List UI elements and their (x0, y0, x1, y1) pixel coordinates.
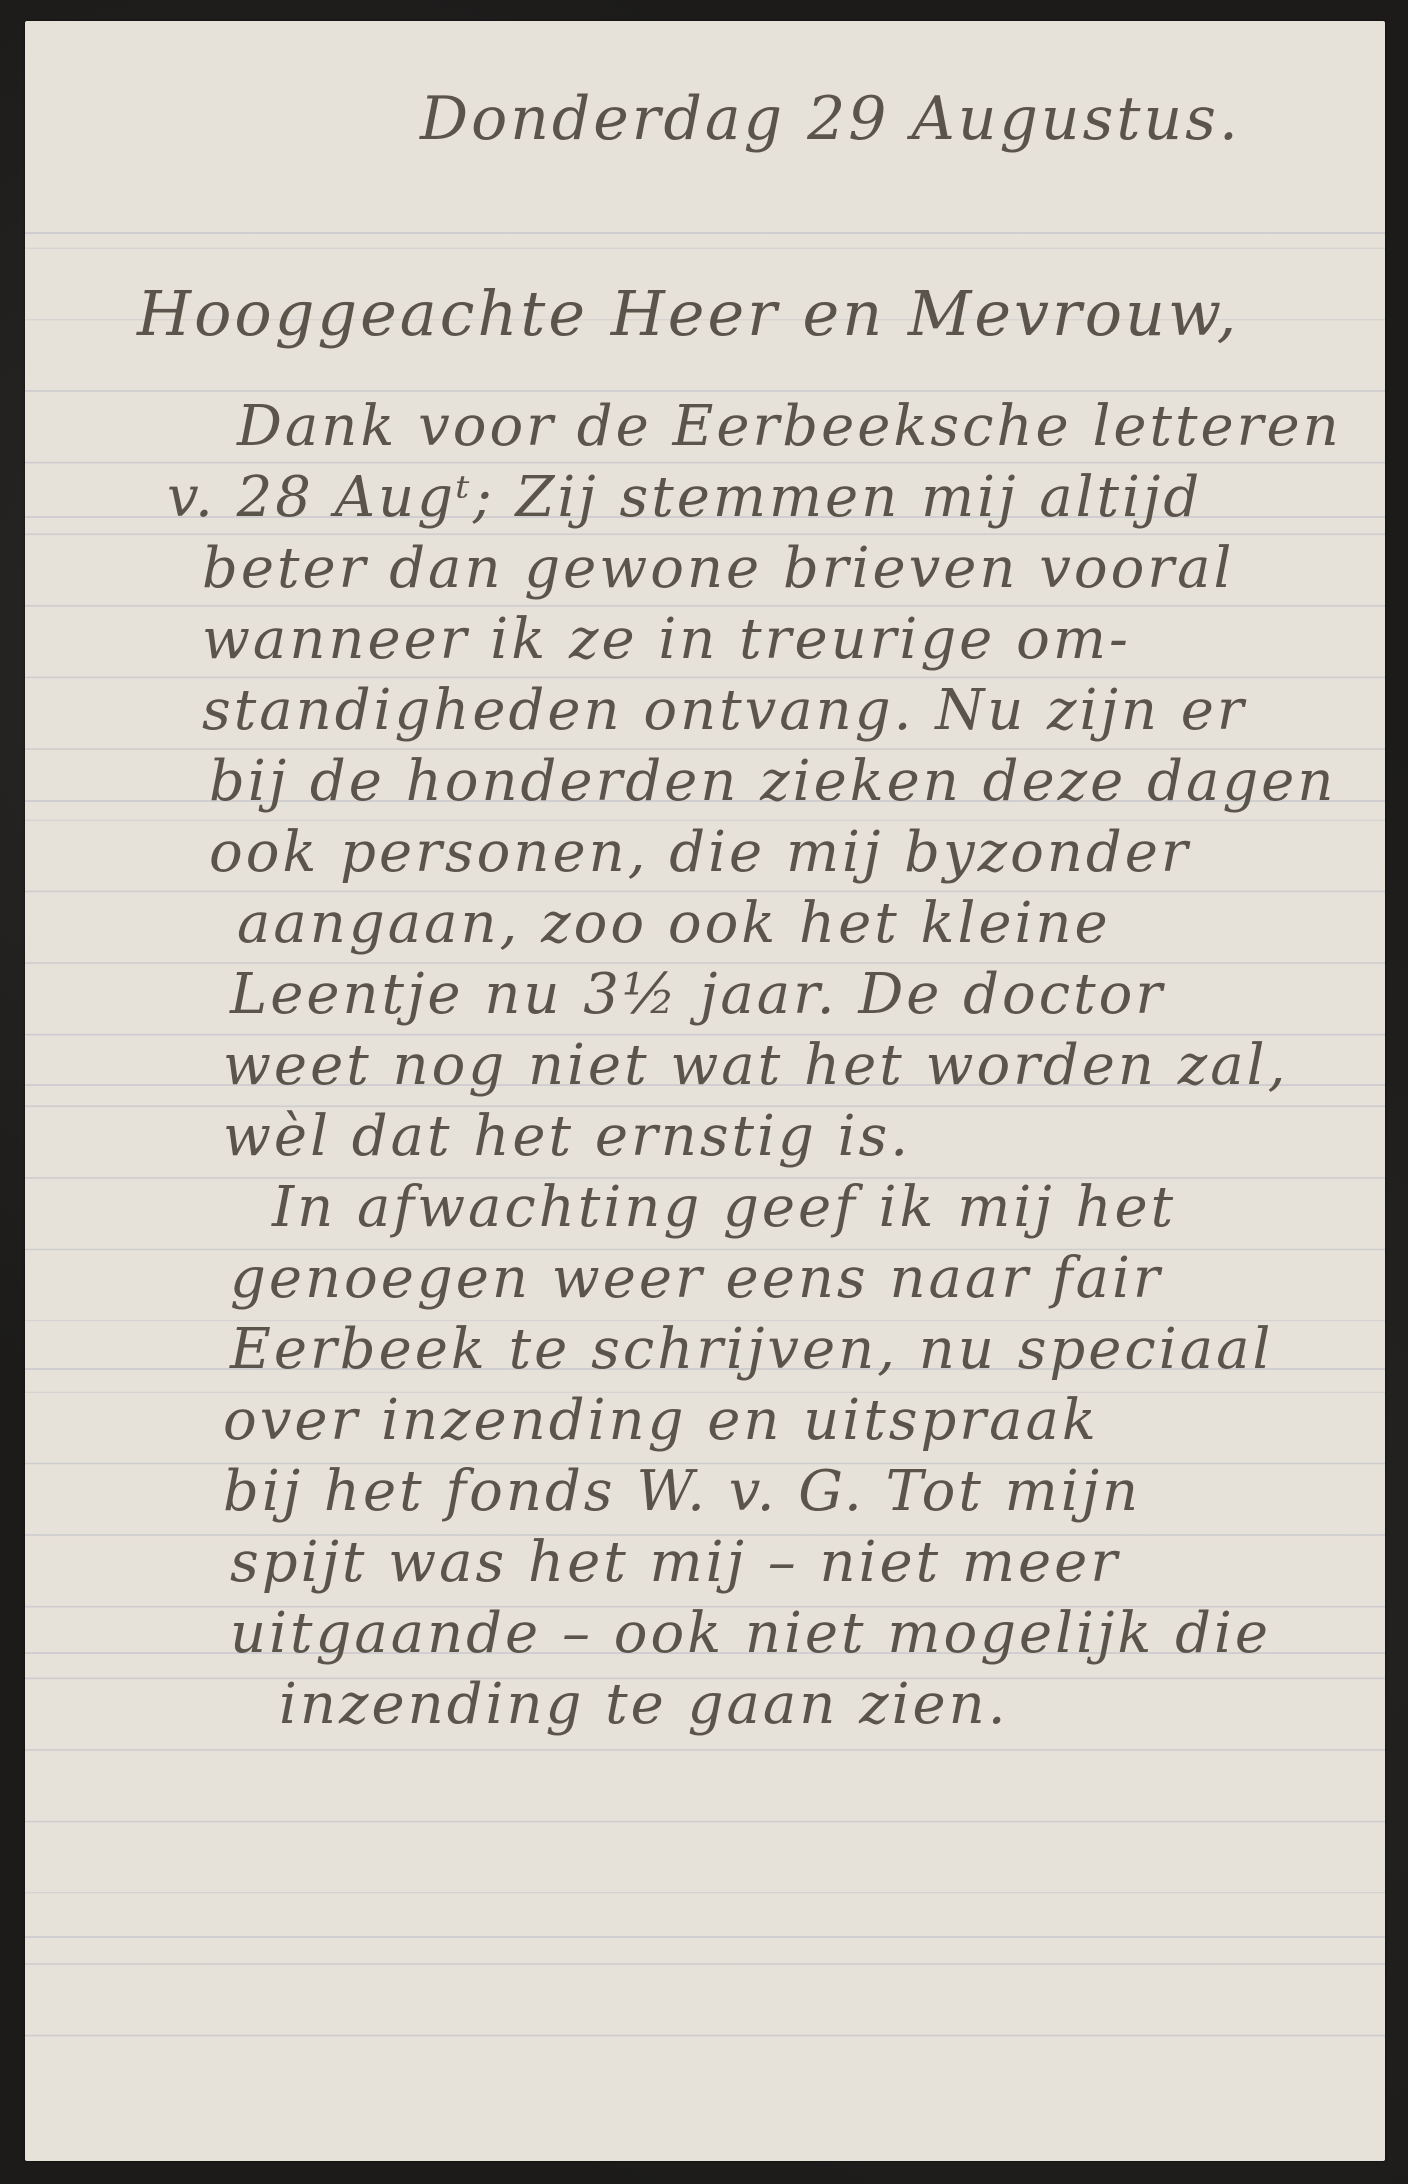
letter-line: bij het fonds W. v. G. Tot mijn (223, 1464, 1141, 1520)
letter-line: ook personen, die mij byzonder (209, 825, 1191, 881)
letter-line: aangaan, zoo ook het kleine (237, 896, 1111, 952)
letter-line: In afwachting geef ik mij het (272, 1180, 1176, 1236)
letter-date: Donderdag 29 Augustus. (420, 89, 1300, 149)
letter-line: Dank voor de Eerbeeksche letteren (237, 399, 1342, 455)
letter-line: Leentje nu 3½ jaar. De doctor (230, 967, 1165, 1023)
letter-line: spijt was het mij – niet meer (230, 1535, 1120, 1591)
letter-line: uitgaande – ook niet mogelijk die (230, 1606, 1271, 1662)
letter-line: standigheden ontvang. Nu zijn er (202, 683, 1247, 739)
letter-line: wèl dat het ernstig is. (223, 1109, 911, 1165)
letter-line: wanneer ik ze in treurige om- (202, 612, 1131, 668)
letter-line: genoegen weer eens naar fair (230, 1251, 1163, 1307)
letter-line: weet nog niet wat het worden zal, (223, 1038, 1288, 1094)
letter-line: over inzending en uitspraak (223, 1393, 1099, 1449)
letter-line: beter dan gewone brieven vooral (202, 541, 1234, 597)
letter-line: Eerbeek te schrijven, nu speciaal (230, 1322, 1273, 1378)
letter-salutation: Hooggeachte Heer en Mevrouw, (137, 283, 1239, 345)
letter-line: v. 28 Augᵗ; Zij stemmen mij altijd (167, 470, 1202, 526)
letter-line: bij de honderden zieken deze dagen (209, 754, 1336, 810)
letter-sheet: Donderdag 29 Augustus. Hooggeachte Heer … (25, 21, 1385, 2161)
letter-line: inzending te gaan zien. (279, 1677, 1009, 1733)
